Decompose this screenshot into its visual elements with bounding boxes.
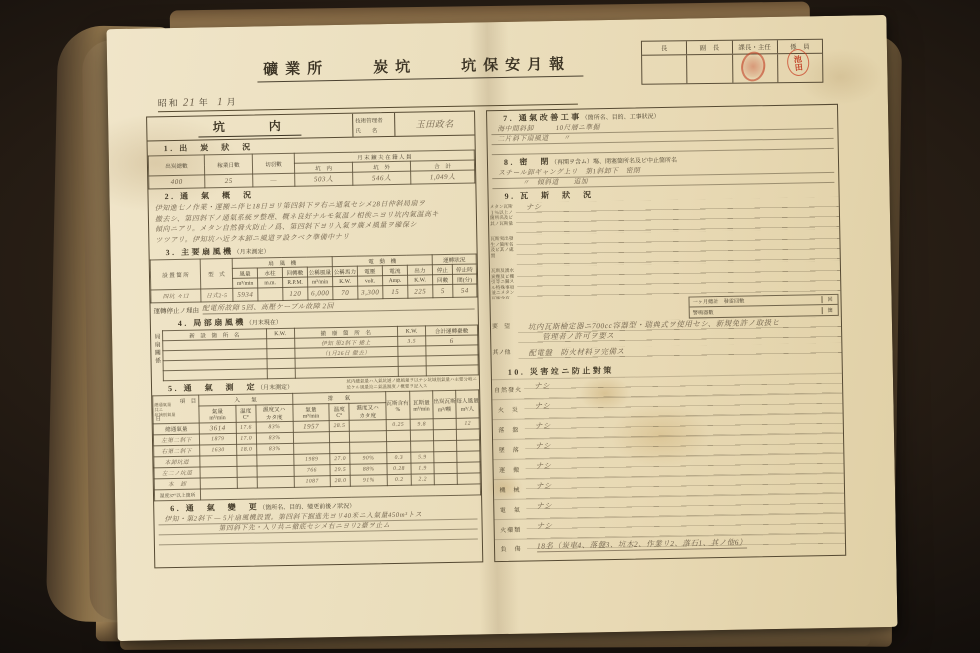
air-measurement-section: 5. 通 氣 測 定（月末測定） 坑内總氣量ハ入氣坑道ノ總風量ヲ以テシ坑域別氣量…: [152, 375, 481, 501]
col-output: 出力: [407, 265, 432, 275]
month-value: 1: [214, 96, 227, 108]
col-installation: 設 置 箇 所: [150, 259, 201, 290]
approval-cell: 池田: [778, 54, 823, 83]
monthly-counter-box: 一ヶ月總計 發雷回數 回 警鳴器數 箇: [688, 294, 838, 319]
col-coal-total: 出炭總數: [148, 155, 204, 176]
kounai-heading: 坑 内: [147, 114, 352, 141]
col-fan-type: 型 式: [200, 258, 233, 289]
col-water-gauge: 水柱: [257, 268, 282, 278]
report-date: 昭和21年 1月: [158, 89, 578, 113]
col-gas-per-ton: 出炭瓦斯量m³/噸: [433, 390, 457, 418]
measurement-notes: 坑内總氣量ハ入氣坑道ノ總風量ヲ以テシ坑域別氣量ハ主要分岐ニ 於ケル風量竝ニ氣温濕…: [346, 377, 479, 392]
month-suffix: 月: [227, 97, 238, 107]
local-fan-table: 新 設 箇 所 名 K.W. 撤 廢 箇 所 名 K.W. 合計運轉臺數: [162, 324, 479, 381]
tech-manager-name-value: 玉田政名: [395, 111, 474, 135]
fan-installation-value: 四坑 々口: [151, 289, 201, 303]
col-rated-power: 公稱馬力: [332, 266, 357, 276]
col-gas-content: 瓦斯含有量%: [386, 391, 411, 419]
gas-status-row: 瓦斯及湧水炭塵及ビ棚引等ニ關スル特殊事項並ニメタン瓦斯含有量％: [490, 261, 841, 299]
col-stops: 停止: [432, 264, 452, 274]
fan-type-value: 日式2-5: [201, 288, 233, 302]
approval-cell: [687, 55, 733, 84]
gas-status-rows: メタン瓦斯１％以上ノ箇所名及ビ其ノ瓦斯量 ナシ 瓦斯突出發生ノ箇所名及ビ其ノ處置…: [489, 197, 841, 299]
col-current: 電流: [382, 265, 407, 275]
ventilation-change-lines: 伊知・第2斜下 — 5片扇風機設置。第四斜下掘進先ヨリ40米ニ入氣量450m³ト…: [154, 509, 481, 545]
report-title: 礦業所 炭坑 坑保安月報: [257, 52, 583, 82]
year-value: 21: [180, 97, 199, 109]
era-label: 昭和: [158, 98, 180, 108]
photo-scene: 礦業所 炭坑 坑保安月報 昭和21年 1月 長副 長課長・主任係 員 池田 坑 …: [0, 0, 980, 653]
main-fan-table: 設 置 箇 所 型 式 扇 風 機 電 動 機 運轉狀況 風量 水柱 回轉數 公…: [150, 253, 478, 303]
section-5-title: 5. 通 氣 測 定（月末測定）: [152, 379, 295, 396]
ikeda-seal-text: 池田: [792, 54, 805, 71]
ventilation-overview-notes: 伊知進七ノ作業・運搬ニ伴ヒ18日ヨリ第四斜下ヲ右ニ通氣セシメ28日仲斜局扇ヲ撤去…: [149, 197, 477, 245]
col-gas-volume: 瓦斯量m³/min: [410, 391, 434, 419]
approval-cell: [642, 55, 688, 84]
approval-column-label: 副 長: [687, 41, 732, 55]
value-coal-total: 400: [149, 175, 205, 189]
col-rpm: 回轉數: [282, 267, 307, 277]
value-working-days: 25: [205, 174, 253, 188]
year-suffix: 年: [199, 97, 210, 107]
diagonal-header-cell: 項 目 日 總通氣量共ニ坑域別氣量: [153, 395, 200, 424]
alarm-count-label: 警鳴器數: [690, 307, 822, 316]
tech-manager-label: 技術管理者: [355, 115, 394, 124]
value-total: 1,049人: [411, 170, 475, 184]
temperature-over-37-label: 温度37°以上箇所: [154, 489, 200, 501]
tech-manager-box: 技術管理者 氏 名 玉田政名: [352, 111, 474, 136]
col-stop-minutes: 停止時: [452, 264, 476, 274]
left-page-column: 坑 内 技術管理者 氏 名 玉田政名 1. 出 炭 狀 況: [146, 110, 483, 568]
value-surface: 546人: [353, 171, 411, 185]
report-form: 坑 内 技術管理者 氏 名 玉田政名 1. 出 炭 狀 況: [146, 104, 846, 569]
col-air-per-person: 毎人風量m³/人: [456, 390, 480, 418]
approval-column-label: 長: [642, 41, 687, 55]
col-rated-airflow: 公稱風量: [307, 267, 332, 277]
approval-cell: [733, 54, 779, 83]
col-working-days: 稼業日數: [204, 154, 252, 175]
col-airflow: 風量: [232, 268, 257, 278]
col-faces: 切羽數: [252, 153, 294, 174]
blast-count-label: 一ヶ月總計 發雷回數: [689, 296, 821, 305]
value-faces: —: [253, 173, 295, 187]
tech-manager-name-label: 氏 名: [355, 125, 394, 134]
right-page-column: 7. 通氣改善工事（箇所名、目的、工事狀況） 海中間斜卸 10尺層ニ準掘 二片斜…: [486, 104, 846, 562]
value-underground: 503人: [295, 172, 353, 186]
disaster-rows: 自然發火 ナシ 火 災 ナシ 落 盤 ナシ 墜 落 ナシ 運 搬: [492, 373, 845, 539]
report-sheet: 礦業所 炭坑 坑保安月報 昭和21年 1月 長副 長課長・主任係 員 池田 坑 …: [106, 15, 897, 641]
col-voltage: 電壓: [357, 266, 382, 276]
air-measurement-table: 項 目 日 總通氣量共ニ坑域別氣量 入 氣 排 氣 瓦斯含有量% 瓦斯量m³/m…: [152, 389, 481, 501]
red-seal-stamp: [738, 50, 767, 84]
local-fan-section: 局扇關係 4. 局部扇風機（月末現在） 新 設 箇 所 名 K.W. 撤 廢 箇…: [151, 310, 479, 381]
stop-reason-label: 運轉停止ノ理由: [154, 306, 200, 316]
approval-stamp-table: 長副 長課長・主任係 員 池田: [641, 39, 823, 85]
